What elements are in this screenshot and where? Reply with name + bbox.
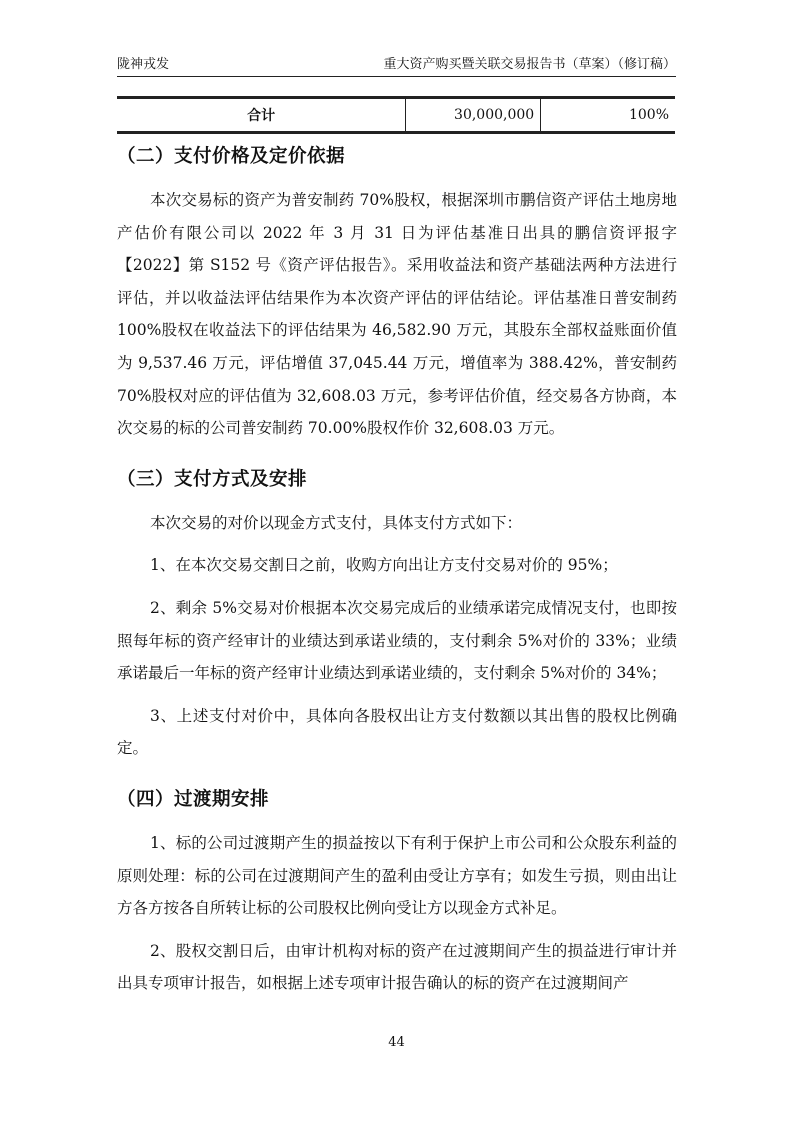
paragraph-valuation: 本次交易标的资产为普安制药 70%股权，根据深圳市鹏信资产评估土地房地产估价有限…: [117, 184, 677, 445]
total-ratio: 100%: [541, 98, 675, 133]
total-amount: 30,000,000: [406, 98, 541, 133]
section-heading-payment-method: （三）支付方式及安排: [117, 463, 677, 497]
total-label: 合计: [117, 98, 406, 133]
paragraph-payment-item-2: 2、剩余 5%交易对价根据本次交易完成后的业绩承诺完成情况支付，也即按照每年标的…: [117, 592, 677, 690]
document-body: （二）支付价格及定价依据 本次交易标的资产为普安制药 70%股权，根据深圳市鹏信…: [117, 140, 677, 1000]
paragraph-transition-item-2: 2、股权交割日后，由审计机构对标的资产在过渡期间产生的损益进行审计并出具专项审计…: [117, 935, 677, 1000]
paragraph-transition-item-1: 1、标的公司过渡期产生的损益按以下有利于保护上市公司和公众股东利益的原则处理：标…: [117, 827, 677, 925]
section-heading-transition-period: （四）过渡期安排: [117, 783, 677, 817]
page-header: 陇神戎发 重大资产购买暨关联交易报告书（草案）（修订稿）: [117, 56, 676, 77]
summary-table: 合计 30,000,000 100%: [117, 96, 675, 134]
paragraph-payment-intro: 本次交易的对价以现金方式支付，具体支付方式如下：: [117, 507, 677, 540]
table-row-total: 合计 30,000,000 100%: [117, 98, 675, 133]
paragraph-payment-item-3: 3、上述支付对价中，具体向各股权出让方支付数额以其出售的股权比例确定。: [117, 700, 677, 765]
section-heading-payment-price: （二）支付价格及定价依据: [117, 140, 677, 174]
paragraph-payment-item-1: 1、在本次交易交割日之前，收购方向出让方支付交易对价的 95%；: [117, 549, 677, 582]
company-name: 陇神戎发: [117, 56, 169, 74]
page-number: 44: [0, 1035, 793, 1050]
document-title: 重大资产购买暨关联交易报告书（草案）（修订稿）: [383, 56, 676, 74]
